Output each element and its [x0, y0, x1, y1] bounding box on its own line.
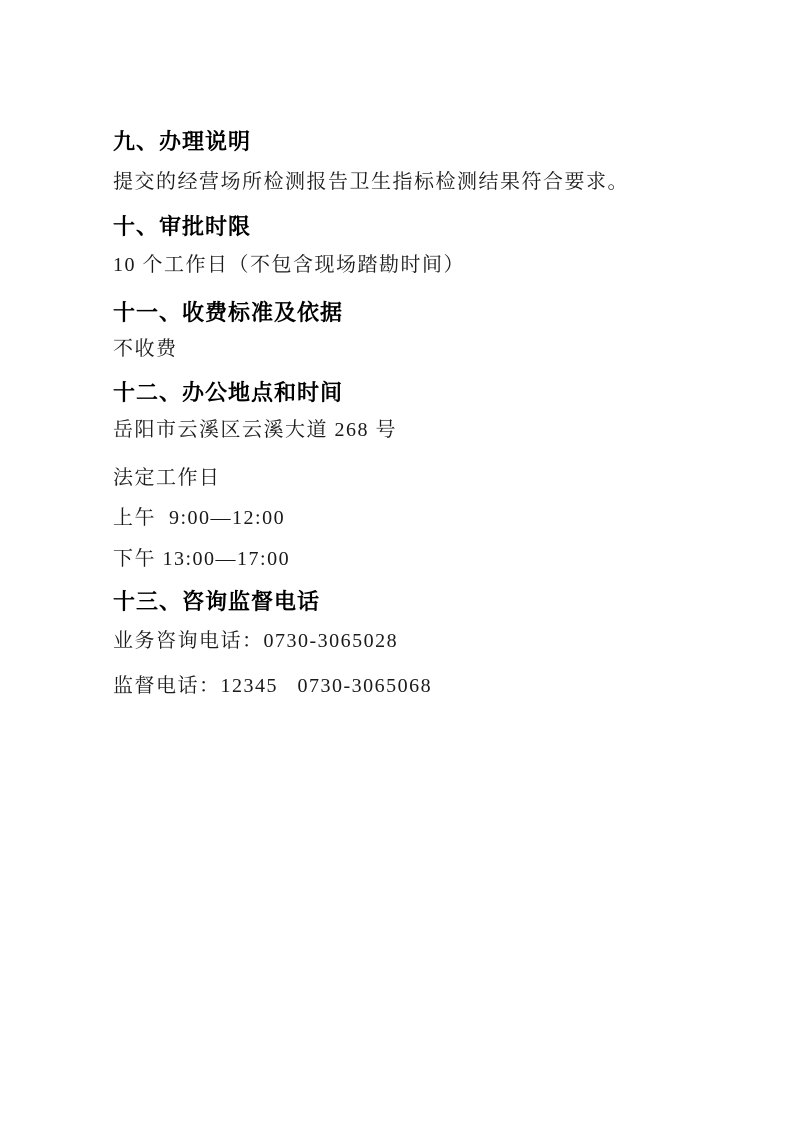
section-heading-13: 十三、咨询监督电话 [113, 589, 320, 614]
paragraph-am-hours: 上午 9:00—12:00 [113, 507, 285, 530]
paragraph: 提交的经营场所检测报告卫生指标检测结果符合要求。 [113, 171, 629, 194]
section-heading-9: 九、办理说明 [113, 129, 251, 154]
paragraph-address: 岳阳市云溪区云溪大道 268 号 [113, 419, 397, 442]
section-heading-10: 十、审批时限 [113, 214, 251, 239]
paragraph-pm-hours: 下午 13:00—17:00 [113, 548, 290, 571]
document-page: 九、办理说明 提交的经营场所检测报告卫生指标检测结果符合要求。 十、审批时限 1… [0, 0, 793, 1122]
section-heading-11: 十一、收费标准及依据 [113, 300, 343, 325]
paragraph-supervision-phone: 监督电话：12345 0730-3065068 [113, 675, 432, 698]
paragraph-workdays: 法定工作日 [113, 467, 221, 490]
paragraph: 不收费 [113, 338, 178, 361]
paragraph-service-phone: 业务咨询电话：0730-3065028 [113, 630, 398, 653]
paragraph: 10 个工作日（不包含现场踏勘时间） [113, 254, 465, 277]
section-heading-12: 十二、办公地点和时间 [113, 380, 343, 405]
